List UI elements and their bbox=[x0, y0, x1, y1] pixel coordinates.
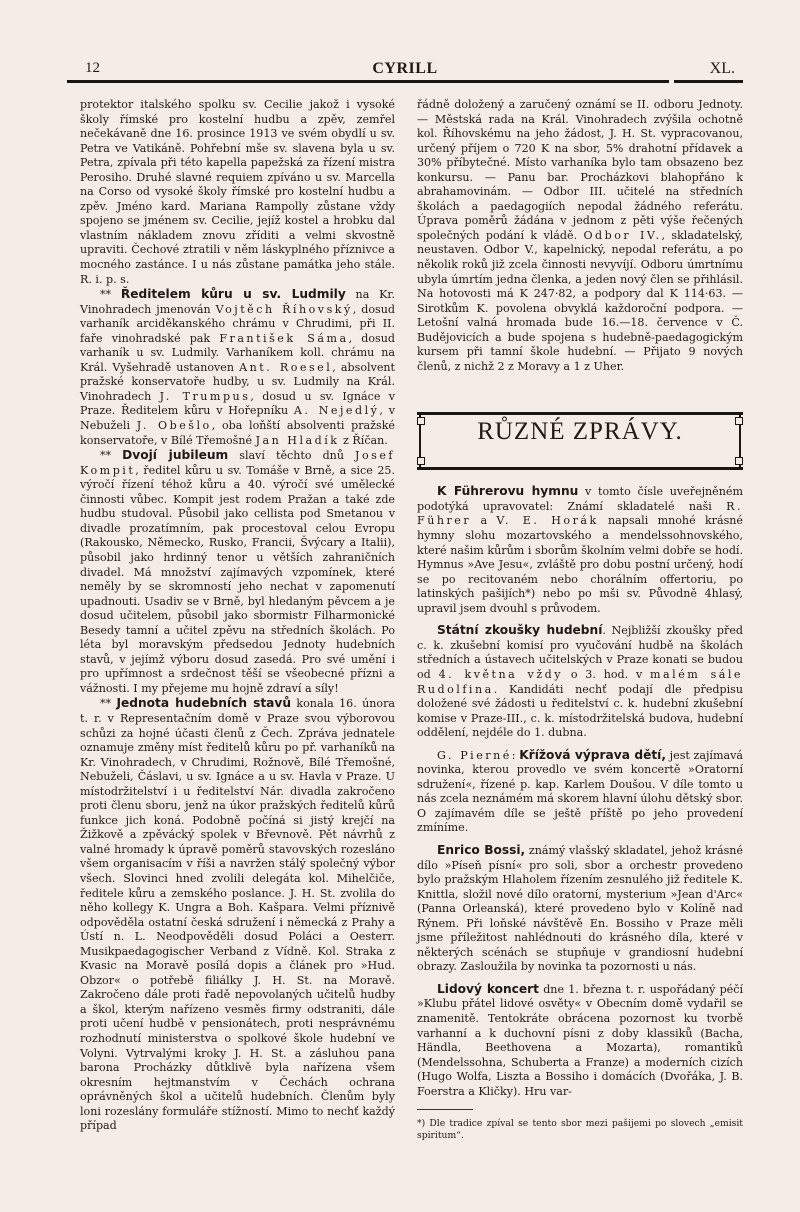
text: , skladatelský, neustaven. Odbor V., kap… bbox=[417, 229, 743, 373]
star-marker: ** bbox=[100, 697, 116, 710]
text: a bbox=[471, 514, 496, 527]
corner-square-icon bbox=[417, 457, 425, 465]
journal-title: CYRILL bbox=[67, 60, 743, 78]
person-name: V. E. Horák bbox=[496, 514, 598, 527]
person-name: J. Obešlo bbox=[137, 419, 212, 432]
person-name: Vojtěch Říhovský bbox=[216, 303, 353, 316]
header-rule-short bbox=[674, 80, 743, 83]
text: z Říčan. bbox=[340, 434, 388, 447]
article-choir-directors: ** Ředitelem kůru u sv. Ludmily na Kr. V… bbox=[80, 287, 395, 448]
text: Odbor IV. bbox=[583, 229, 661, 242]
corner-square-icon bbox=[417, 417, 425, 425]
right-column: řádně doložený a zaručený oznámí se II. … bbox=[417, 98, 743, 1142]
text: 4. května vždy bbox=[439, 668, 563, 681]
corner-square-icon bbox=[735, 417, 743, 425]
text: slaví těchto dnů bbox=[228, 449, 355, 462]
person-name: Jan Hladík bbox=[256, 434, 340, 447]
left-column: protektor italského spolku sv. Cecilie j… bbox=[80, 98, 395, 1134]
article-heading: Lidový koncert bbox=[437, 982, 539, 996]
article-heading: Jednota hudebních stavů bbox=[116, 696, 291, 710]
text: známý vlašský skladatel, jehož krásné dí… bbox=[417, 844, 743, 973]
footnote: *) Dle tradice zpíval se tento sbor mezi… bbox=[417, 1118, 743, 1142]
star-marker: ** bbox=[100, 449, 122, 462]
article-pierne: G. Pierné: Křížová výprava dětí, jest za… bbox=[417, 748, 743, 836]
text: napsali mnohé krásné hymny slohu mozarto… bbox=[417, 514, 743, 614]
volume-number: XL. bbox=[710, 60, 735, 78]
text: konala 16. února t. r. v Representačním … bbox=[80, 697, 395, 1132]
article-musicians-union: ** Jednota hudebních stavů konala 16. ún… bbox=[80, 696, 395, 1133]
article-musicians-union-continued: řádně doložený a zaručený oznámí se II. … bbox=[417, 98, 743, 374]
page-header: 12 CYRILL XL. bbox=[67, 60, 743, 82]
star-marker: ** bbox=[100, 288, 121, 301]
article-bossi: Enrico Bossi, známý vlašský skladatel, j… bbox=[417, 843, 743, 975]
text: , ředitel kůru u sv. Tomáše v Brně, a si… bbox=[80, 464, 395, 695]
article-rampolla-obituary: protektor italského spolku sv. Cecilie j… bbox=[80, 98, 395, 287]
article-double-jubilee: ** Dvojí jubileum slaví těchto dnů Josef… bbox=[80, 448, 395, 696]
person-name: G. Pierné bbox=[437, 749, 512, 762]
corner-square-icon bbox=[735, 457, 743, 465]
article-heading: K Führerovu hymnu bbox=[437, 484, 578, 498]
person-name: J. Trumpus bbox=[160, 390, 251, 403]
article-state-exams: Státní zkoušky hudební. Nejbližší zkoušk… bbox=[417, 623, 743, 740]
person-name: Ant. Roesel bbox=[239, 361, 332, 374]
footnote-rule bbox=[417, 1109, 473, 1110]
article-fuhrer-hymn: K Führerovu hymnu v tomto čísle uveřejně… bbox=[417, 484, 743, 616]
text: řádně doložený a zaručený oznámí se II. … bbox=[417, 98, 743, 242]
header-rule bbox=[67, 80, 669, 83]
section-title: RŮZNÉ ZPRÁVY. bbox=[417, 425, 743, 440]
text: o 3. hod. v bbox=[563, 668, 650, 681]
article-heading: Ředitelem kůru u sv. Ludmily bbox=[121, 287, 346, 301]
article-heading: Křížová výprava dětí, bbox=[519, 748, 666, 762]
article-folk-concert: Lidový koncert dne 1. března t. r. uspoř… bbox=[417, 982, 743, 1099]
section-title-box: RŮZNÉ ZPRÁVY. bbox=[417, 412, 743, 470]
person-name: A. Nejedlý bbox=[294, 404, 380, 417]
article-heading: Státní zkoušky hudební bbox=[437, 623, 602, 637]
person-name: František Sáma bbox=[219, 332, 348, 345]
text: dne 1. března t. r. uspořádaný péčí »Klu… bbox=[417, 983, 743, 1098]
article-heading: Enrico Bossi, bbox=[437, 843, 525, 857]
article-heading: Dvojí jubileum bbox=[122, 448, 228, 462]
